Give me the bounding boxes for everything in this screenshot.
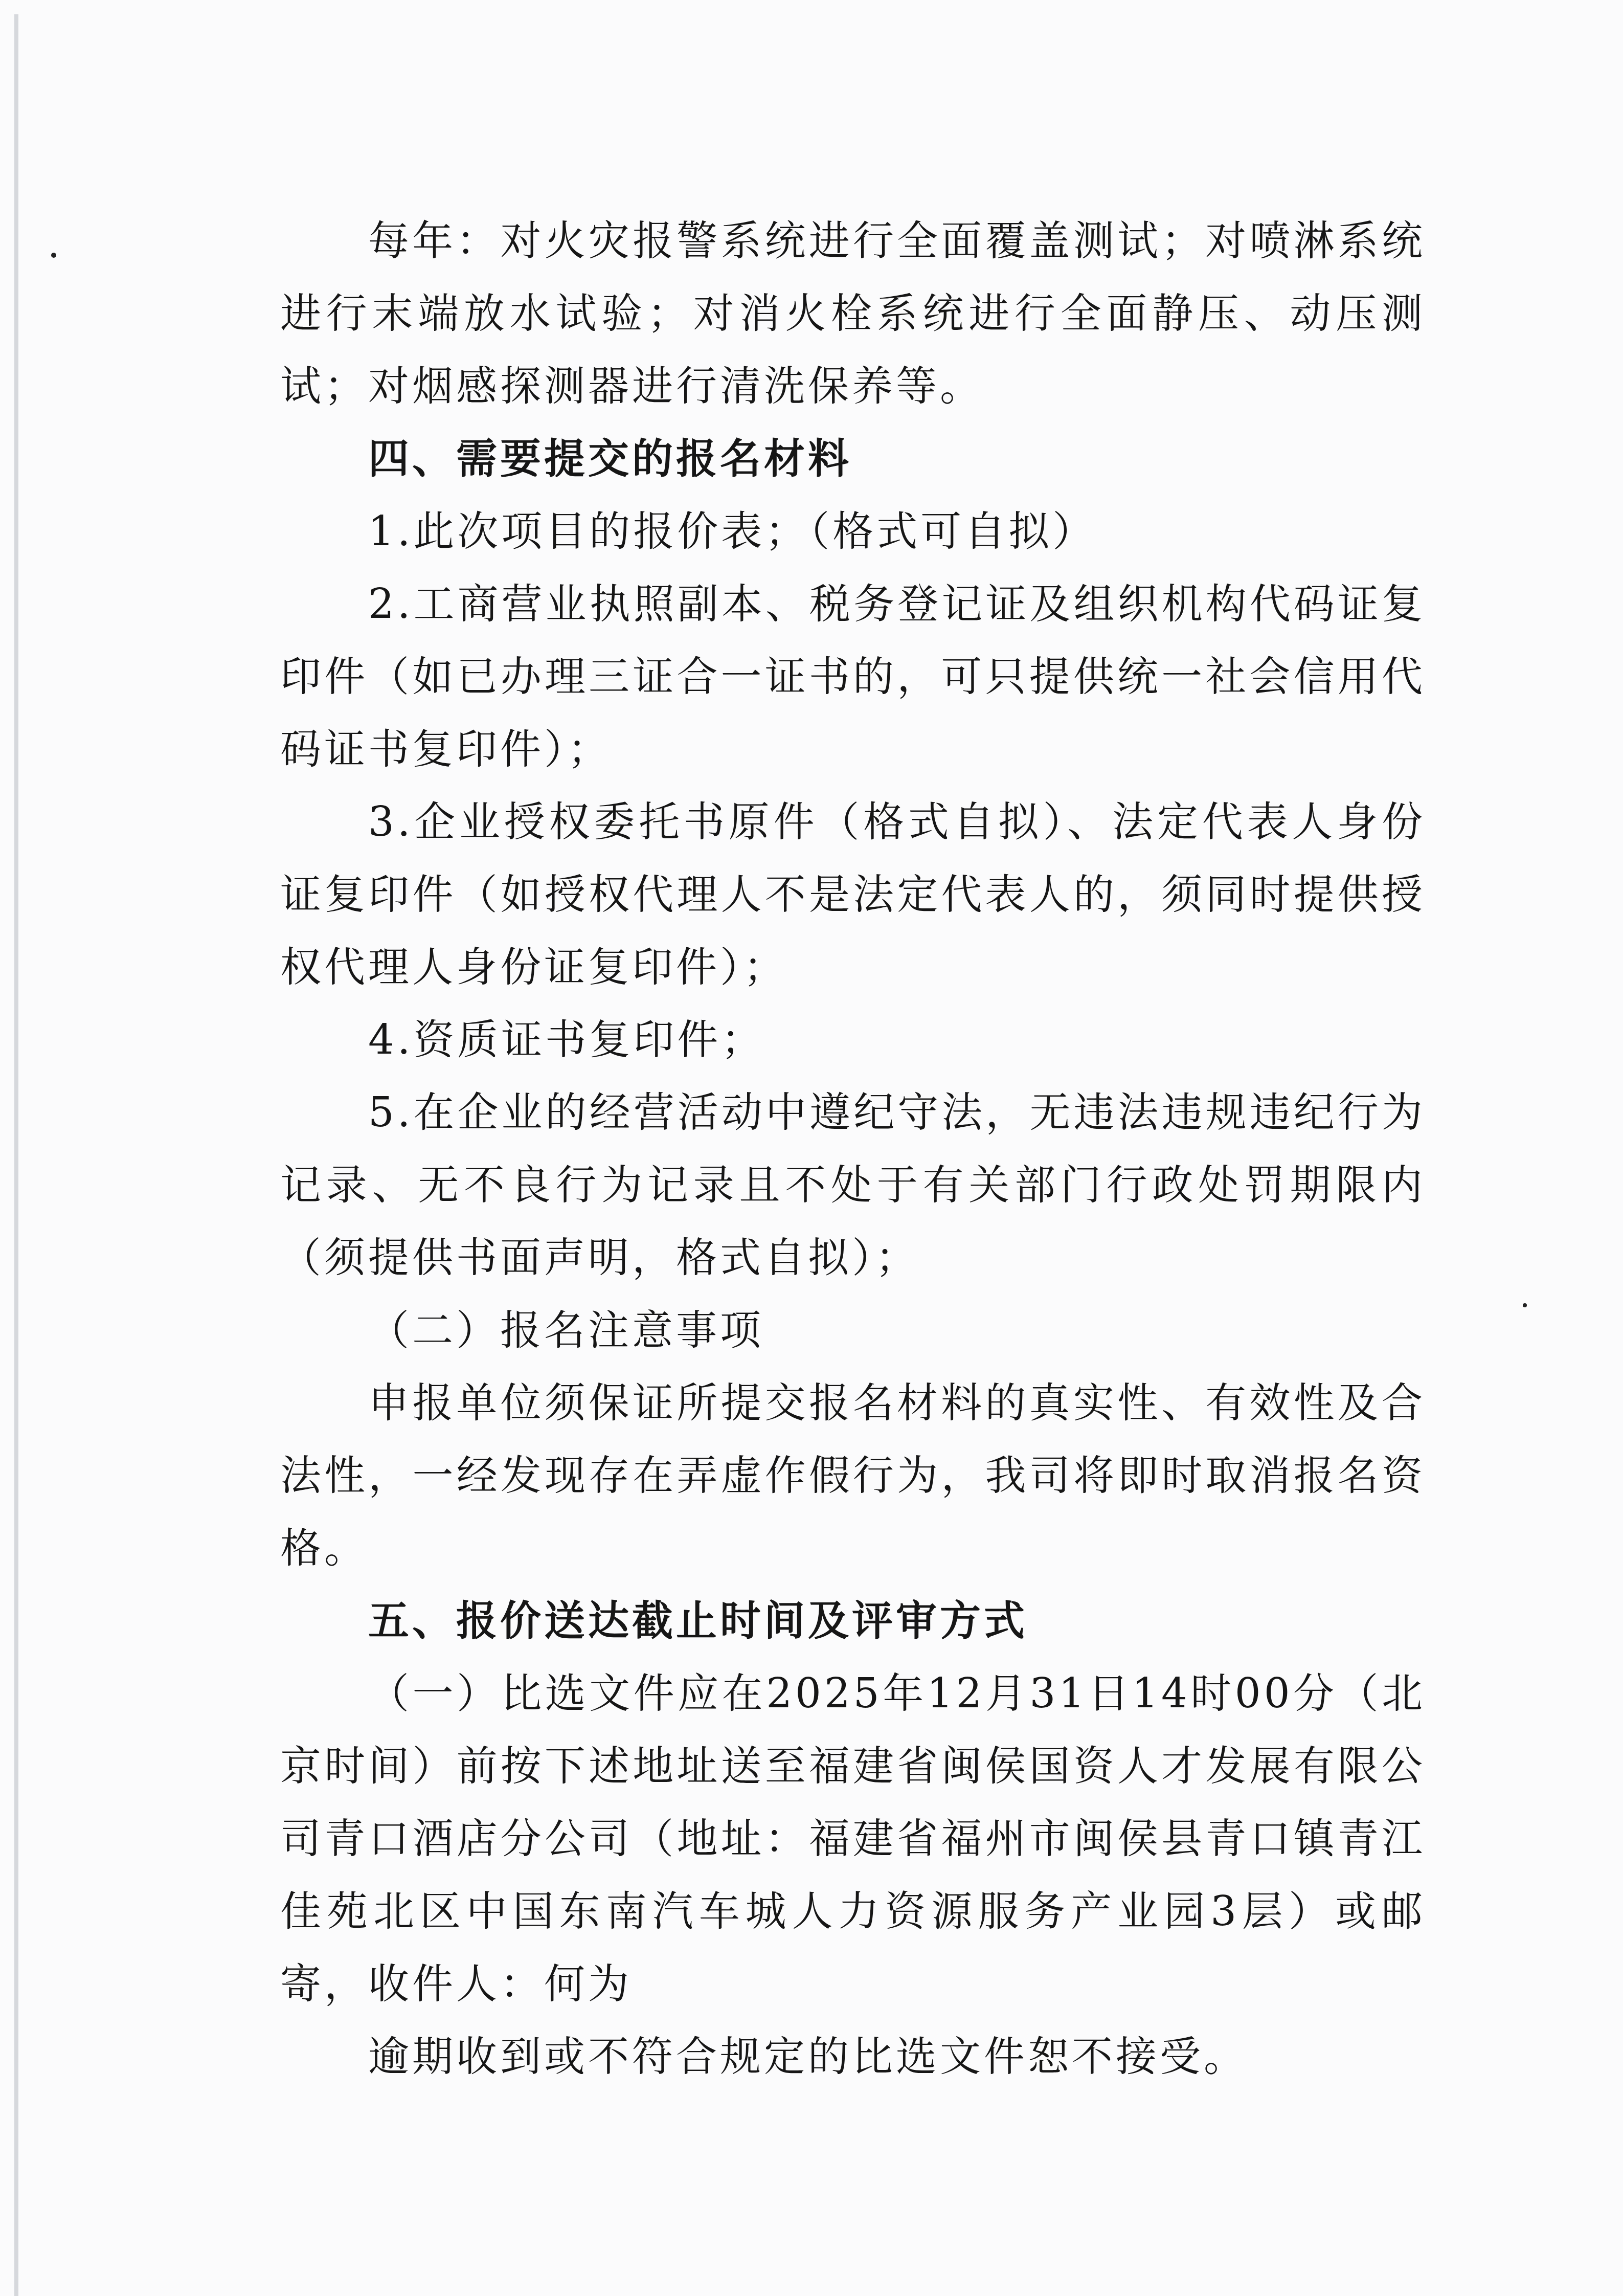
list-item-authorization-letter: 3.企业授权委托书原件（格式自拟）、法定代表人身份证复印件（如授权代理人不是法定… [280, 786, 1426, 1004]
paragraph-authenticity-notice: 申报单位须保证所提交报名材料的真实性、有效性及合法性，一经发现存在弄虚作假行为，… [280, 1367, 1426, 1585]
section-heading-registration-materials: 四、需要提交的报名材料 [280, 422, 1426, 495]
list-item-quote-form: 1.此次项目的报价表；（格式可自拟） [280, 495, 1426, 568]
list-item-compliance-statement: 5.在企业的经营活动中遵纪守法，无违法违规违纪行为记录、无不良行为记录且不处于有… [280, 1076, 1426, 1294]
paragraph-annual-maintenance: 每年：对火灾报警系统进行全面覆盖测试；对喷淋系统进行末端放水试验；对消火栓系统进… [280, 205, 1426, 422]
paragraph-submission-deadline: （一）比选文件应在2025年12月31日14时00分（北京时间）前按下述地址送至… [280, 1657, 1426, 2020]
scan-speck [51, 253, 56, 258]
scan-speck [1523, 1303, 1527, 1307]
list-item-business-license: 2.工商营业执照副本、税务登记证及组织机构代码证复印件（如已办理三证合一证书的，… [280, 568, 1426, 786]
section-heading-deadline-and-review: 五、报价送达截止时间及评审方式 [280, 1585, 1426, 1657]
list-item-qualification-certificate: 4.资质证书复印件； [280, 1004, 1426, 1076]
subsection-heading-registration-notes: （二）报名注意事项 [280, 1294, 1426, 1367]
scan-edge-line [14, 14, 18, 2296]
document-page: 每年：对火灾报警系统进行全面覆盖测试；对喷淋系统进行末端放水试验；对消火栓系统进… [280, 205, 1426, 2093]
paragraph-late-rejection: 逾期收到或不符合规定的比选文件恕不接受。 [280, 2020, 1426, 2093]
